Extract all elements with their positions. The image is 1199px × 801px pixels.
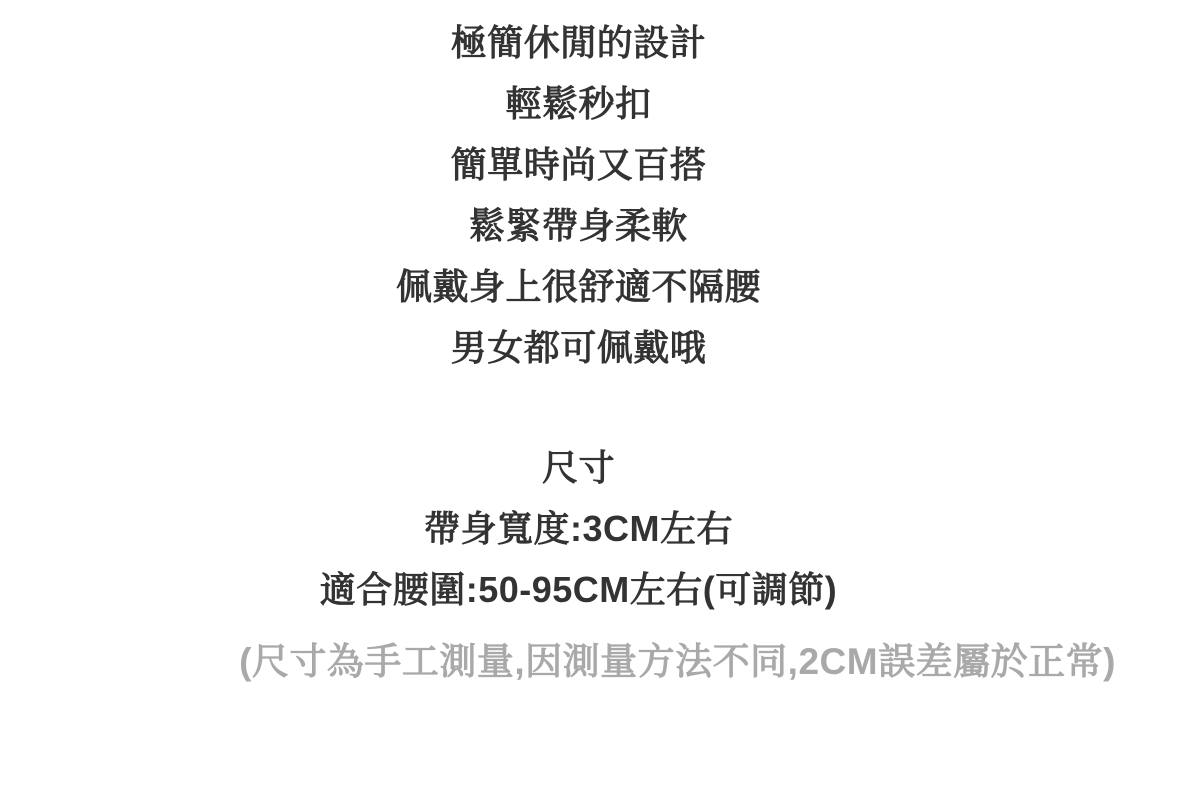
feature-line-unisex: 男女都可佩戴哦	[0, 317, 1178, 378]
feature-line-elastic: 鬆緊帶身柔軟	[0, 195, 1178, 256]
size-line-waist-range: 適合腰圍:50-95CM左右(可調節)	[0, 559, 1178, 620]
size-section: 尺寸 帶身寬度:3CM左右 適合腰圍:50-95CM左右(可調節)	[0, 437, 1199, 620]
feature-line-design: 極簡休閒的設計	[0, 12, 1178, 73]
measurement-note: (尺寸為手工測量,因測量方法不同,2CM誤差屬於正常)	[0, 631, 1199, 692]
size-section-title: 尺寸	[0, 437, 1178, 498]
product-description-page: 極簡休閒的設計 輕鬆秒扣 簡單時尚又百搭 鬆緊帶身柔軟 佩戴身上很舒適不隔腰 男…	[0, 0, 1199, 801]
feature-line-buckle: 輕鬆秒扣	[0, 73, 1178, 134]
size-line-belt-width: 帶身寬度:3CM左右	[0, 498, 1178, 559]
measurement-note-text: (尺寸為手工測量,因測量方法不同,2CM誤差屬於正常)	[239, 631, 1116, 692]
feature-line-comfort: 佩戴身上很舒適不隔腰	[0, 256, 1178, 317]
feature-line-fashion: 簡單時尚又百搭	[0, 134, 1178, 195]
feature-list: 極簡休閒的設計 輕鬆秒扣 簡單時尚又百搭 鬆緊帶身柔軟 佩戴身上很舒適不隔腰 男…	[0, 12, 1199, 378]
